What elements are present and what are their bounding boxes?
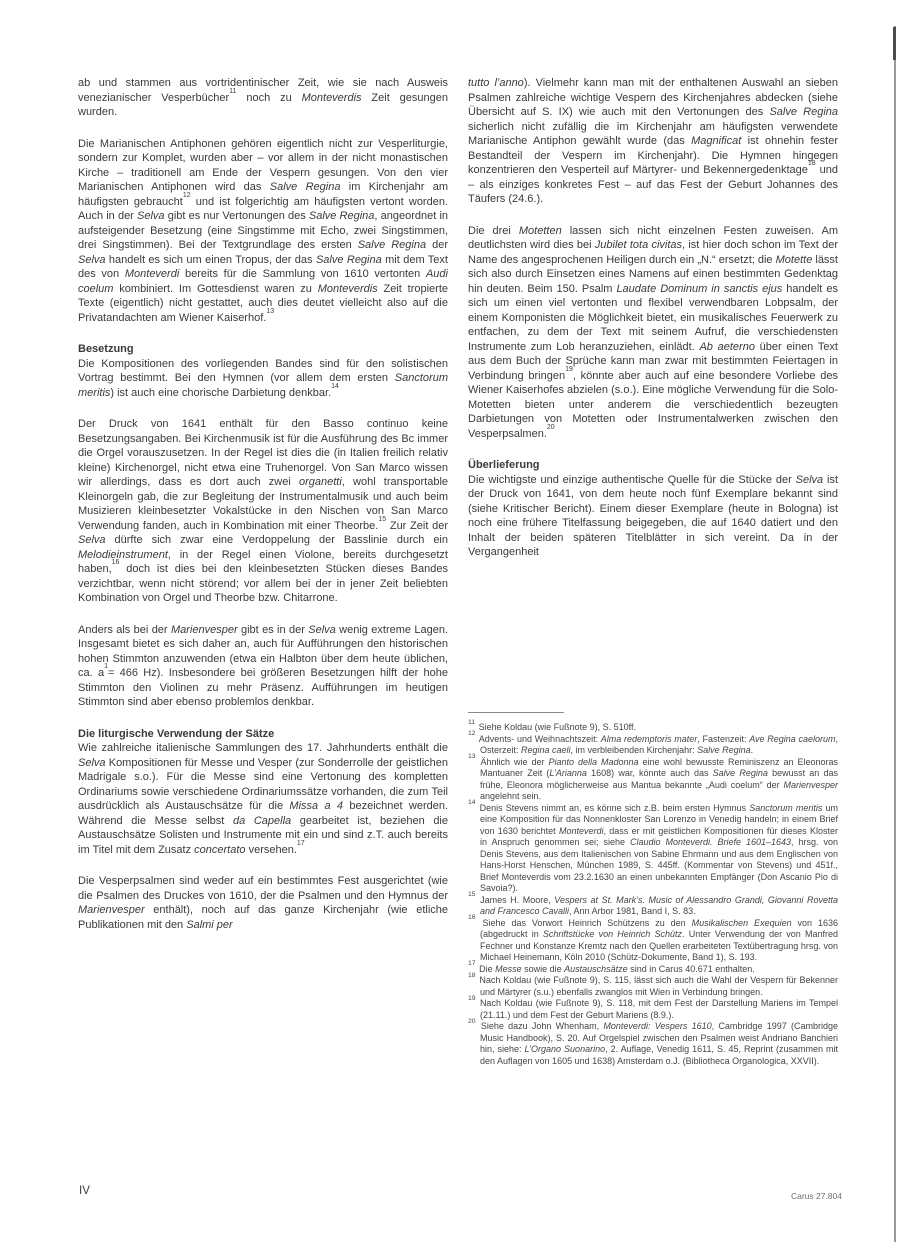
- footnote-number: 15: [468, 891, 476, 898]
- paragraph: Anders als bei der Marienvesper gibt es …: [78, 623, 448, 710]
- paragraph: Die Kompositionen des vorliegenden Bande…: [78, 357, 448, 401]
- right-column: tutto l’anno). Vielmehr kann man mit der…: [468, 76, 838, 577]
- footnote-block: 11 Siehe Koldau (wie Fußnote 9), S. 510f…: [468, 712, 838, 1067]
- footnote-number: 12: [468, 730, 476, 737]
- document-page: ab und stammen aus vortridentinischer Ze…: [0, 0, 900, 1252]
- section-heading: Überlieferung: [468, 458, 838, 473]
- footnote: 14 Denis Stevens nimmt an, es könne sich…: [468, 803, 838, 895]
- footnote: 18 Nach Koldau (wie Fußnote 9), S. 115, …: [468, 975, 838, 998]
- section-heading: Besetzung: [78, 342, 448, 357]
- left-column: ab und stammen aus vortridentinischer Ze…: [78, 76, 448, 949]
- paragraph: ab und stammen aus vortridentinischer Ze…: [78, 76, 448, 120]
- footnote-number: 13: [468, 753, 476, 760]
- footnote: 12 Advents- und Weihnachtszeit: Alma red…: [468, 734, 838, 757]
- footnote-number: 16: [468, 914, 476, 921]
- right-column-text: tutto l’anno). Vielmehr kann man mit der…: [468, 76, 838, 560]
- paragraph: Die drei Motetten lassen sich nicht einz…: [468, 224, 838, 442]
- footnote-separator: [468, 712, 564, 713]
- paragraph: Der Druck von 1641 enthält für den Basso…: [78, 417, 448, 606]
- footnote: 20 Siehe dazu John Whenham, Monteverdi: …: [468, 1021, 838, 1067]
- footnote: 16 Siehe das Vorwort Heinrich Schützens …: [468, 918, 838, 964]
- footnote: 11 Siehe Koldau (wie Fußnote 9), S. 510f…: [468, 722, 838, 734]
- footnote-number: 20: [468, 1018, 476, 1025]
- footnote-number: 17: [468, 960, 476, 967]
- footnote-number: 11: [468, 719, 475, 726]
- paragraph: Die wichtigste und einzige authentische …: [468, 473, 838, 560]
- footnote-number: 18: [468, 972, 476, 979]
- section-heading: Die liturgische Verwendung der Sätze: [78, 727, 448, 742]
- paragraph: tutto l’anno). Vielmehr kann man mit der…: [468, 76, 838, 207]
- footnote: 15 James H. Moore, Vespers at St. Mark’s…: [468, 895, 838, 918]
- paragraph: Die Vesperpsalmen sind weder auf ein bes…: [78, 874, 448, 932]
- footnote-number: 14: [468, 799, 476, 806]
- page-number: IV: [79, 1185, 90, 1197]
- footnote: 19 Nach Koldau (wie Fußnote 9), S. 118, …: [468, 998, 838, 1021]
- scan-edge-dark-mark: [893, 27, 896, 60]
- scan-edge-artifact: [894, 26, 896, 1242]
- catalog-number: Carus 27.804: [791, 1191, 842, 1201]
- paragraph: Wie zahlreiche italienische Sammlungen d…: [78, 741, 448, 857]
- footnote-number: 19: [468, 995, 476, 1002]
- footnote: 17 Die Messe sowie die Austauschsätze si…: [468, 964, 838, 976]
- paragraph: Die Marianischen Antiphonen gehören eige…: [78, 137, 448, 326]
- footnote: 13 Ähnlich wie der Pianto della Madonna …: [468, 757, 838, 803]
- footnotes-list: 11 Siehe Koldau (wie Fußnote 9), S. 510f…: [468, 722, 838, 1067]
